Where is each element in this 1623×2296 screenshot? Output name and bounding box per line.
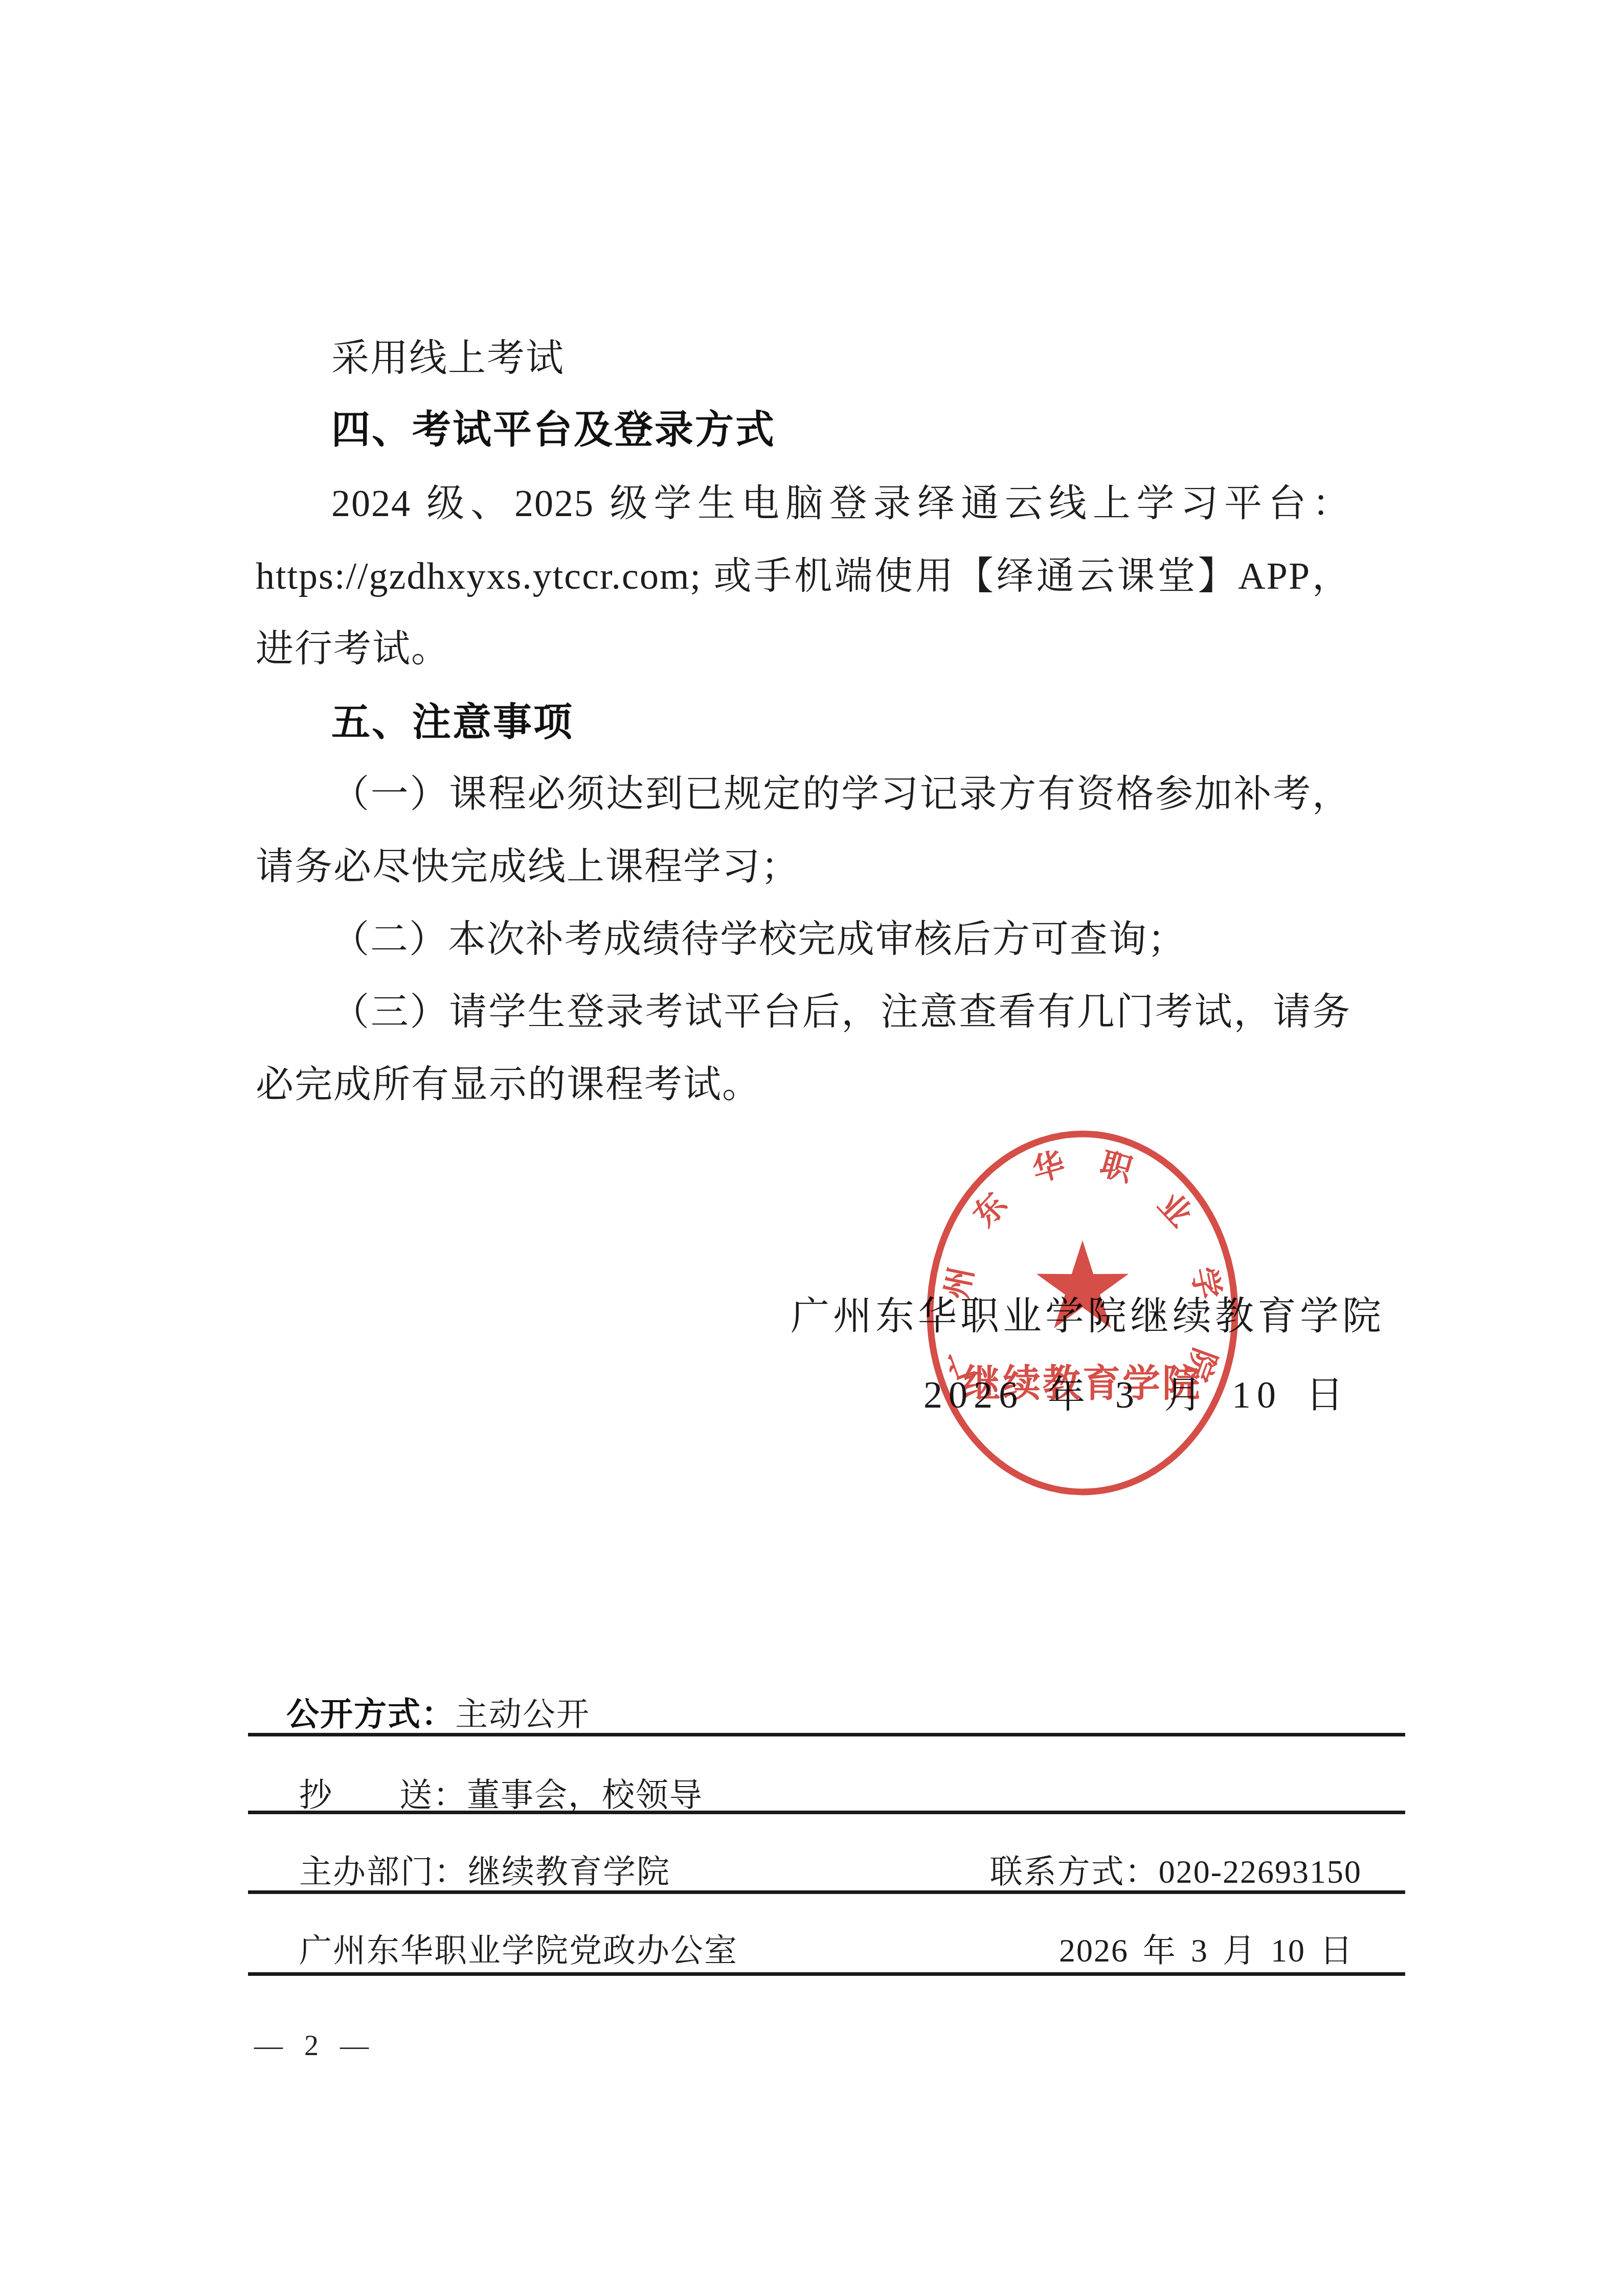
publicity-label: 公开方式： [286,1696,455,1732]
divider-line [248,1972,1405,1976]
signature-date: 2026 年 3 月 10 日 [923,1365,1350,1419]
body-line-note-1: （一）课程必须达到已规定的学习记录方有资格参加补考， [256,773,1351,815]
section-heading-4: 四、考试平台及登录方式 [256,409,1351,451]
divider-line [248,1811,1405,1814]
page-number: — 2 — [254,2030,376,2062]
seal-ring-char: 职 [1096,1147,1137,1189]
body-line-note-3b: 必完成所有显示的课程考试。 [256,1064,1351,1106]
seal-ring-char: 华 [1029,1147,1069,1189]
issue-date: 2026 年 3 月 10 日 [1059,1932,1354,1969]
cc-value: 董事会，校领导 [467,1777,703,1813]
divider-line [248,1890,1405,1894]
contact-label: 联系方式： [990,1854,1159,1890]
publicity-row: 公开方式：主动公开 [286,1688,590,1735]
contact-value: 020-22693150 [1159,1854,1362,1890]
divider-line [248,1733,1405,1736]
body-line-url: https://gzdhxyxs.ytccr.com; 或手机端使用【绎通云课堂… [256,555,1351,597]
contact-cell: 联系方式：020-22693150 [990,1845,1362,1892]
section-heading-5: 五、注意事项 [256,702,1351,744]
seal-ring-text: 广 州 东 华 职 业 学 院 [940,1147,1226,1386]
issuing-office-row: 广州东华职业学院党政办公室 [299,1924,738,1971]
body-line-platform: 2024 级、2025 级学生电脑登录绎通云线上学习平台： [256,483,1351,525]
body-line-note-1b: 请务必尽快完成线上课程学习； [256,846,1351,888]
issuing-office-name: 广州东华职业学院党政办公室 [299,1932,738,1969]
department-row: 主办部门：继续教育学院 [299,1845,670,1892]
cc-label-first: 抄 [299,1777,333,1813]
signature-organization: 广州东华职业学院继续教育学院 [791,1285,1385,1341]
body-line-online-exam: 采用线上考试 [256,338,1351,380]
seal-ring-char: 业 [1151,1187,1198,1234]
scanned-document-page: 采用线上考试 四、考试平台及登录方式 2024 级、2025 级学生电脑登录绎通… [0,0,1623,2296]
issue-date-cell: 2026 年 3 月 10 日 [1059,1924,1354,1971]
department-label: 主办部门： [299,1854,468,1890]
seal-ring-char: 东 [966,1186,1014,1233]
body-line-note-2: （二）本次补考成绩待学校完成审核后方可查询； [256,919,1351,961]
body-line-take-exam: 进行考试。 [256,628,1351,670]
cc-label-second: 送： [399,1777,467,1813]
cc-row: 抄送：董事会，校领导 [299,1769,703,1816]
body-line-note-3: （三）请学生登录考试平台后，注意查看有几门考试，请务 [256,991,1351,1033]
publicity-value: 主动公开 [455,1696,590,1732]
department-value: 继续教育学院 [468,1854,670,1890]
